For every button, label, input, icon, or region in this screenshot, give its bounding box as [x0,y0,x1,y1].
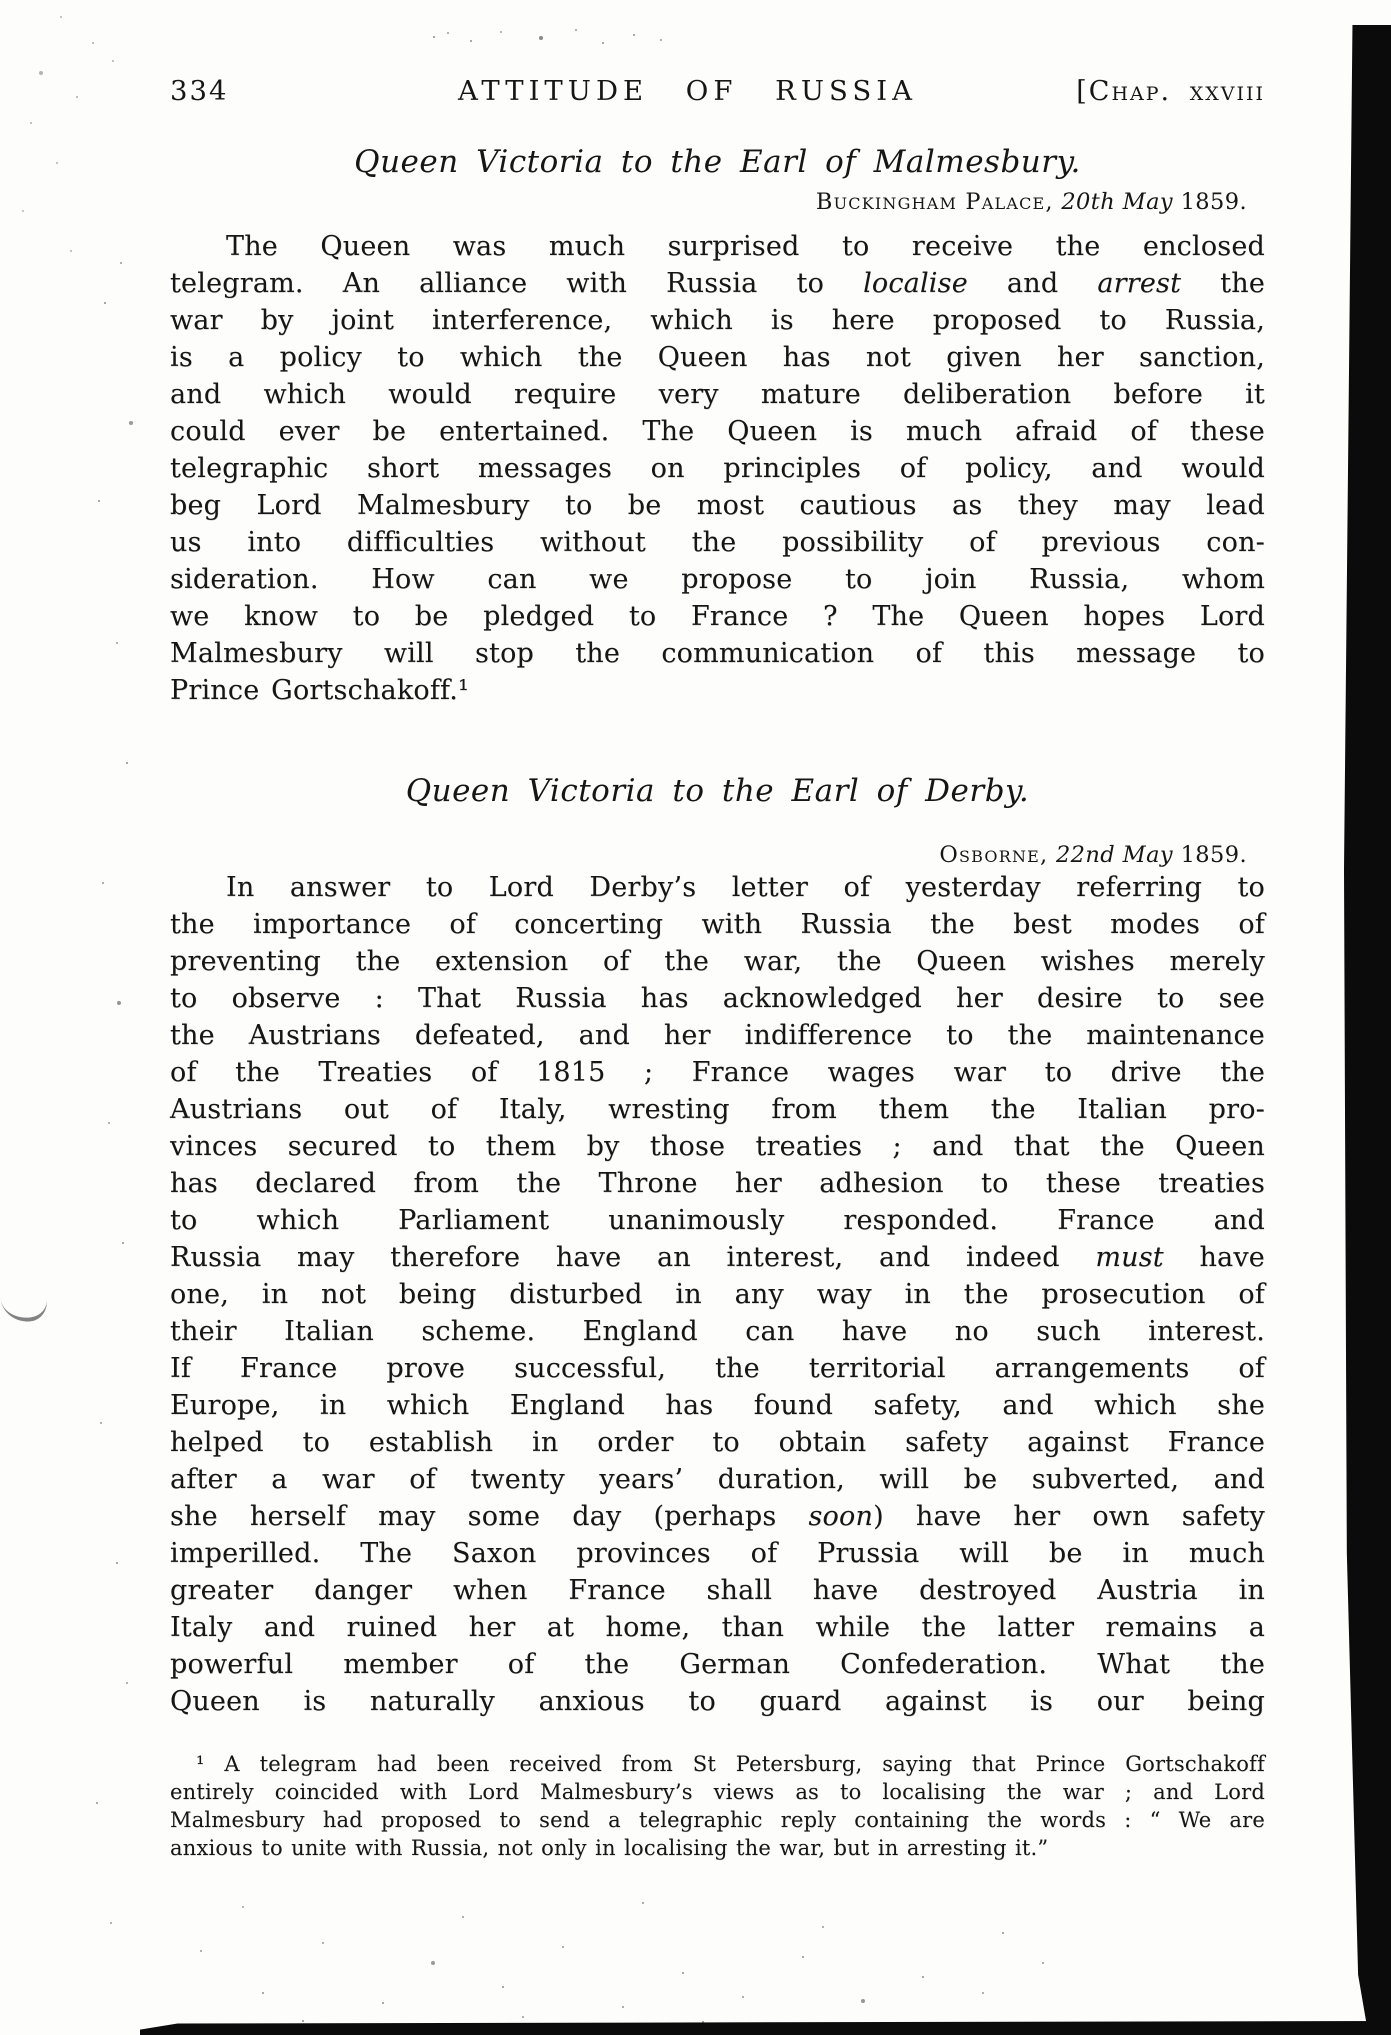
text-line: helped to establish in order to obtain s… [170,1424,1265,1461]
text-line: the importance of concerting with Russia… [170,906,1265,943]
footnote: ¹ A telegram had been received from St P… [170,1750,1265,1862]
text-line: their Italian scheme. England can have n… [170,1313,1265,1350]
text-line: sideration. How can we propose to join R… [170,561,1265,598]
text-line: of the Treaties of 1815 ; France wages w… [170,1054,1265,1091]
dateline-derby: Osborne, 22nd May 1859. [170,841,1265,869]
text-line: Malmesbury had proposed to send a telegr… [170,1806,1265,1834]
text-line: telegram. An alliance with Russia to loc… [170,265,1265,302]
dateline-date: 20th May [1061,189,1173,215]
dateline-date: 22nd May [1056,842,1173,868]
text-line: The Queen was much surprised to receive … [170,228,1265,265]
dateline-malmesbury: Buckingham Palace, 20th May 1859. [170,188,1265,216]
letter-body-malmesbury: The Queen was much surprised to receive … [170,228,1265,709]
text-line: Europe, in which England has found safet… [170,1387,1265,1424]
text-line: anxious to unite with Russia, not only i… [170,1834,1265,1862]
dateline-year: 1859. [1181,189,1247,215]
text-line: Queen is naturally anxious to guard agai… [170,1683,1265,1720]
text-line: Italy and ruined her at home, than while… [170,1609,1265,1646]
page-header: 334 ATTITUDE OF RUSSIA [Chap. xxviii [170,74,1265,108]
text-line: after a war of twenty years’ duration, w… [170,1461,1265,1498]
scan-artifact-bottom-bar [140,2021,1391,2035]
dateline-place: Osborne, [939,842,1048,868]
scan-artifact-right-bar [1344,25,1391,2035]
text-line: we know to be pledged to France ? The Qu… [170,598,1265,635]
book-page: 334 ATTITUDE OF RUSSIA [Chap. xxviii Que… [0,0,1391,2035]
scan-mark-squiggle [1,1293,50,1324]
dateline-place: Buckingham Palace, [816,189,1054,215]
text-line: entirely coincided with Lord Malmesbury’… [170,1778,1265,1806]
text-line: In answer to Lord Derby’s letter of yest… [170,869,1265,906]
text-line: us into difficulties without the possibi… [170,524,1265,561]
text-line: beg Lord Malmesbury to be most cautious … [170,487,1265,524]
text-line: powerful member of the German Confederat… [170,1646,1265,1683]
letter-heading-derby: Queen Victoria to the Earl of Derby. [170,771,1265,811]
chapter-reference: [Chap. xxviii [1065,75,1265,109]
text-line: one, in not being disturbed in any way i… [170,1276,1265,1313]
scan-speckles-bottom [0,0,2,2]
text-line: she herself may some day (perhaps soon) … [170,1498,1265,1535]
text-line: ¹ A telegram had been received from St P… [170,1750,1265,1778]
text-line: imperilled. The Saxon provinces of Pruss… [170,1535,1265,1572]
text-line: Russia may therefore have an interest, a… [170,1239,1265,1276]
text-line: could ever be entertained. The Queen is … [170,413,1265,450]
text-block: 334 ATTITUDE OF RUSSIA [Chap. xxviii Que… [170,0,1265,1862]
text-line: war by joint interference, which is here… [170,302,1265,339]
text-line: telegraphic short messages on principles… [170,450,1265,487]
running-title: ATTITUDE OF RUSSIA [310,74,1065,108]
text-line: has declared from the Throne her adhesio… [170,1165,1265,1202]
text-line: to which Parliament unanimously responde… [170,1202,1265,1239]
text-line: Austrians out of Italy, wresting from th… [170,1091,1265,1128]
letter-body-derby: In answer to Lord Derby’s letter of yest… [170,869,1265,1720]
text-line: greater danger when France shall have de… [170,1572,1265,1609]
text-line: is a policy to which the Queen has not g… [170,339,1265,376]
text-line: If France prove successful, the territor… [170,1350,1265,1387]
text-line: to observe : That Russia has acknowledge… [170,980,1265,1017]
text-line: vinces secured to them by those treaties… [170,1128,1265,1165]
page-number: 334 [170,74,310,108]
dateline-year: 1859. [1181,842,1247,868]
text-line: preventing the extension of the war, the… [170,943,1265,980]
text-line: Malmesbury will stop the communication o… [170,635,1265,672]
text-line: the Austrians defeated, and her indiffer… [170,1017,1265,1054]
text-line: and which would require very mature deli… [170,376,1265,413]
letter-heading-malmesbury: Queen Victoria to the Earl of Malmesbury… [170,142,1265,182]
text-line: Prince Gortschakoff.¹ [170,672,1265,709]
